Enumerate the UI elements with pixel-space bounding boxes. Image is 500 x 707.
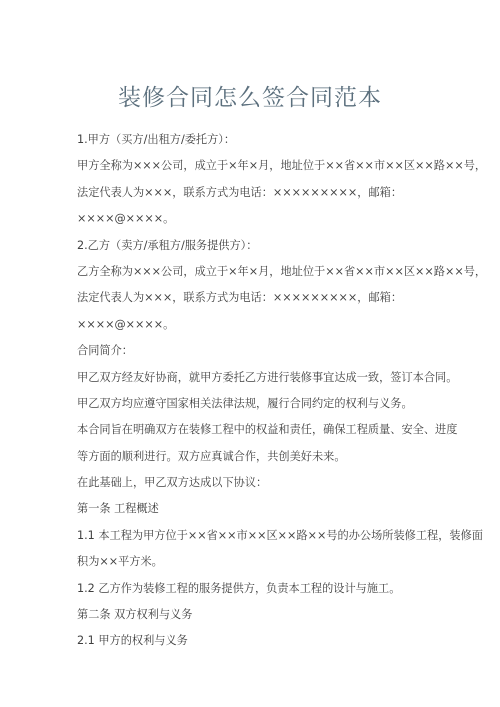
party-a-name-address: 甲方全称为×××公司，成立于×年×月，地址位于××省××市××区××路××号， bbox=[77, 153, 437, 179]
clause-1-2: 1.2 乙方作为装修工程的服务提供方，负责本工程的设计与施工。 bbox=[77, 576, 437, 602]
contract-intro-paragraph: 本合同旨在明确双方在装修工程中的权益和责任，确保工程质量、安全、进度 bbox=[77, 417, 437, 443]
document-title: 装修合同怎么签合同范本 bbox=[0, 82, 500, 114]
party-a-representative-contact: 法定代表人为×××，联系方式为电话：×××××××××，邮箱： bbox=[77, 180, 437, 206]
contract-intro-paragraph: 甲乙双方经友好协商，就甲方委托乙方进行装修事宜达成一致，签订本合同。 bbox=[77, 365, 437, 391]
document-body: 1.甲方（买方/出租方/委托方）： 甲方全称为×××公司，成立于×年×月，地址位… bbox=[77, 127, 437, 655]
contract-intro-paragraph: 甲乙双方均应遵守国家相关法律法规，履行合同约定的权利与义务。 bbox=[77, 391, 437, 417]
article-1-heading: 第一条 工程概述 bbox=[77, 496, 437, 522]
party-b-name-address: 乙方全称为×××公司，成立于×年×月，地址位于××省××市××区××路××号， bbox=[77, 259, 437, 285]
document-page: 装修合同怎么签合同范本 1.甲方（买方/出租方/委托方）： 甲方全称为×××公司… bbox=[0, 0, 500, 707]
party-a-email: ××××@××××。 bbox=[77, 206, 437, 232]
article-2-heading: 第二条 双方权利与义务 bbox=[77, 602, 437, 628]
contract-intro-paragraph: 等方面的顺利进行。双方应真诚合作，共创美好未来。 bbox=[77, 444, 437, 470]
clause-2-1: 2.1 甲方的权利与义务 bbox=[77, 628, 437, 654]
agreement-lead-in: 在此基础上，甲乙双方达成以下协议： bbox=[77, 470, 437, 496]
party-b-heading: 2.乙方（卖方/承租方/服务提供方）： bbox=[77, 233, 437, 259]
party-b-email: ××××@××××。 bbox=[77, 312, 437, 338]
clause-1-1: 1.1 本工程为甲方位于××省××市××区××路××号的办公场所装修工程，装修面 bbox=[77, 523, 437, 549]
party-b-representative-contact: 法定代表人为×××，联系方式为电话：×××××××××，邮箱： bbox=[77, 285, 437, 311]
clause-1-1-continued: 积为××平方米。 bbox=[77, 549, 437, 575]
party-a-heading: 1.甲方（买方/出租方/委托方）： bbox=[77, 127, 437, 153]
contract-intro-heading: 合同简介： bbox=[77, 338, 437, 364]
